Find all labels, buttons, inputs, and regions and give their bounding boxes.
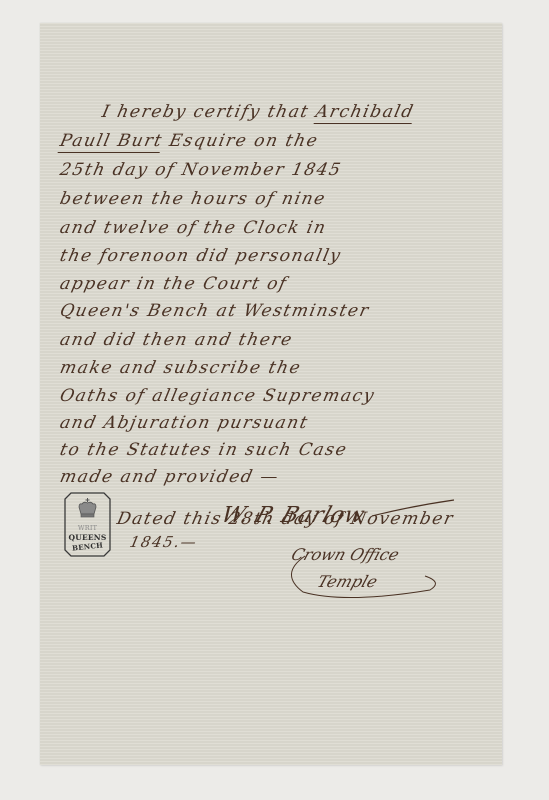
body-line-12: and Abjuration pursuant: [58, 413, 310, 433]
body-line-6: the forenoon did personally: [58, 246, 343, 266]
body-line-3: 25th day of November 1845: [58, 160, 344, 180]
body-line-1: I hereby certify that ArchibaldI hereby …: [100, 102, 416, 122]
body-line-9: and did then and there: [58, 330, 295, 350]
underlined-name-second: Paull Burt: [58, 131, 165, 153]
body-line-5: and twelve of the Clock in: [58, 218, 329, 238]
body-line-11: Oaths of allegiance Supremacy: [58, 386, 377, 406]
signature-loop: [285, 552, 445, 602]
body-line-14: made and provided —: [58, 467, 281, 487]
dated-year: 1845.—: [128, 533, 199, 551]
underlined-name-first: Archibald: [313, 102, 416, 124]
body-line-7: appear in the Court of: [58, 274, 289, 294]
stamp-line-writ: WRIT: [64, 524, 111, 532]
signature-name: W. P. Barlow: [218, 503, 368, 528]
body-line-8: Queen's Bench at Westminster: [58, 301, 372, 321]
body-line-10: make and subscribe the: [58, 358, 303, 378]
body-line-4: between the hours of nine: [58, 189, 328, 209]
body-line-2: Paull Burt Esquire on the: [58, 131, 321, 151]
signature-flourish: [372, 498, 457, 518]
queens-bench-stamp: WRIT QUEENS BENCH: [64, 492, 111, 557]
body-line-13: to the Statutes in such Case: [58, 440, 349, 460]
crown-icon: [77, 498, 98, 520]
